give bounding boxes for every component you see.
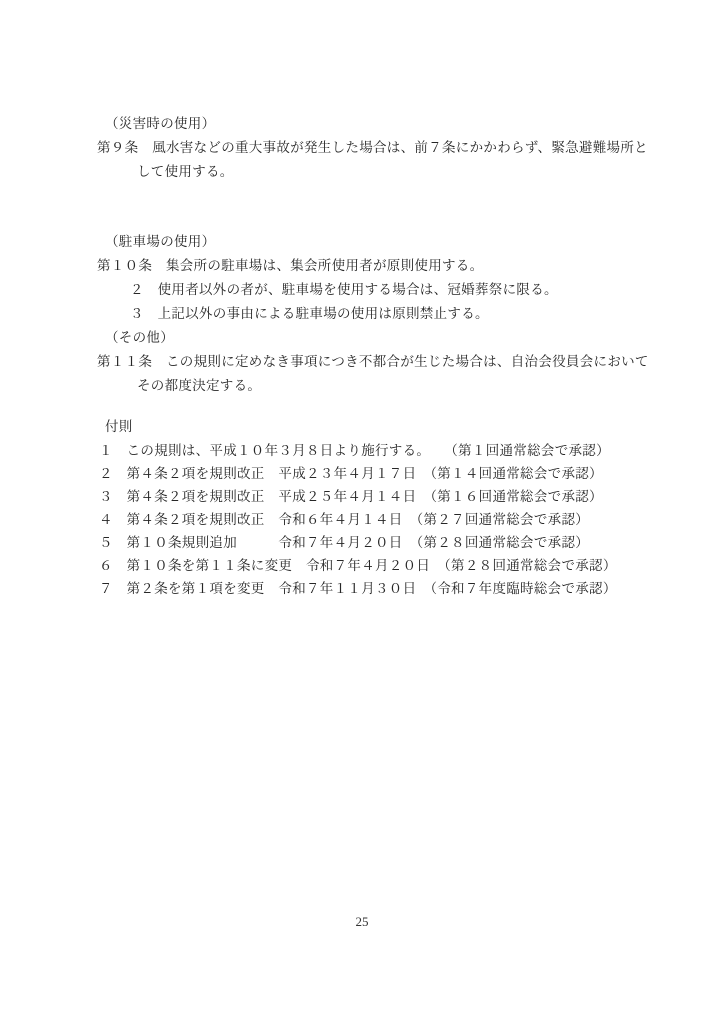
fusoku-item-6: ６ 第１０条を第１１条に変更 令和７年４月２０日 （第２８回通常総会で承認） xyxy=(97,554,657,577)
article-9-line-1: 第９条 風水害などの重大事故が発生した場合は、前７条にかかわらず、緊急避難場所と xyxy=(97,136,657,160)
section-heading-fusoku: 付則 xyxy=(97,415,657,439)
section-heading-other: （その他） xyxy=(97,326,657,350)
fusoku-item-4: ４ 第４条２項を規則改正 令和６年４月１４日 （第２７回通常総会で承認） xyxy=(97,508,657,531)
article-10-item-2: ２ 使用者以外の者が、駐車場を使用する場合は、冠婚葬祭に限る。 xyxy=(97,278,657,302)
article-11-line-2: その都度決定する。 xyxy=(97,374,657,398)
section-heading-parking-use: （駐車場の使用） xyxy=(97,230,657,254)
fusoku-item-2: ２ 第４条２項を規則改正 平成２３年４月１７日 （第１４回通常総会で承認） xyxy=(97,462,657,485)
fusoku-item-5: ５ 第１０条規則追加 令和７年４月２０日 （第２８回通常総会で承認） xyxy=(97,531,657,554)
fusoku-item-1: １ この規則は、平成１０年３月８日より施行する。 （第１回通常総会で承認） xyxy=(97,439,657,462)
article-10-line: 第１０条 集会所の駐車場は、集会所使用者が原則使用する。 xyxy=(97,254,657,278)
page-number: 25 xyxy=(0,912,724,932)
article-11-line-1: 第１１条 この規則に定めなき事項につき不都合が生じた場合は、自治会役員会において xyxy=(97,350,657,374)
article-10-item-3: ３ 上記以外の事由による駐車場の使用は原則禁止する。 xyxy=(97,302,657,326)
fusoku-item-3: ３ 第４条２項を規則改正 平成２５年４月１４日 （第１６回通常総会で承認） xyxy=(97,485,657,508)
article-9-line-2: して使用する。 xyxy=(97,160,657,184)
section-heading-disaster-use: （災害時の使用） xyxy=(97,112,657,136)
fusoku-item-7: ７ 第２条を第１項を変更 令和７年１１月３０日 （令和７年度臨時総会で承認） xyxy=(97,577,657,600)
document-page: （災害時の使用） 第９条 風水害などの重大事故が発生した場合は、前７条にかかわら… xyxy=(0,0,724,1024)
document-content: （災害時の使用） 第９条 風水害などの重大事故が発生した場合は、前７条にかかわら… xyxy=(97,112,657,600)
